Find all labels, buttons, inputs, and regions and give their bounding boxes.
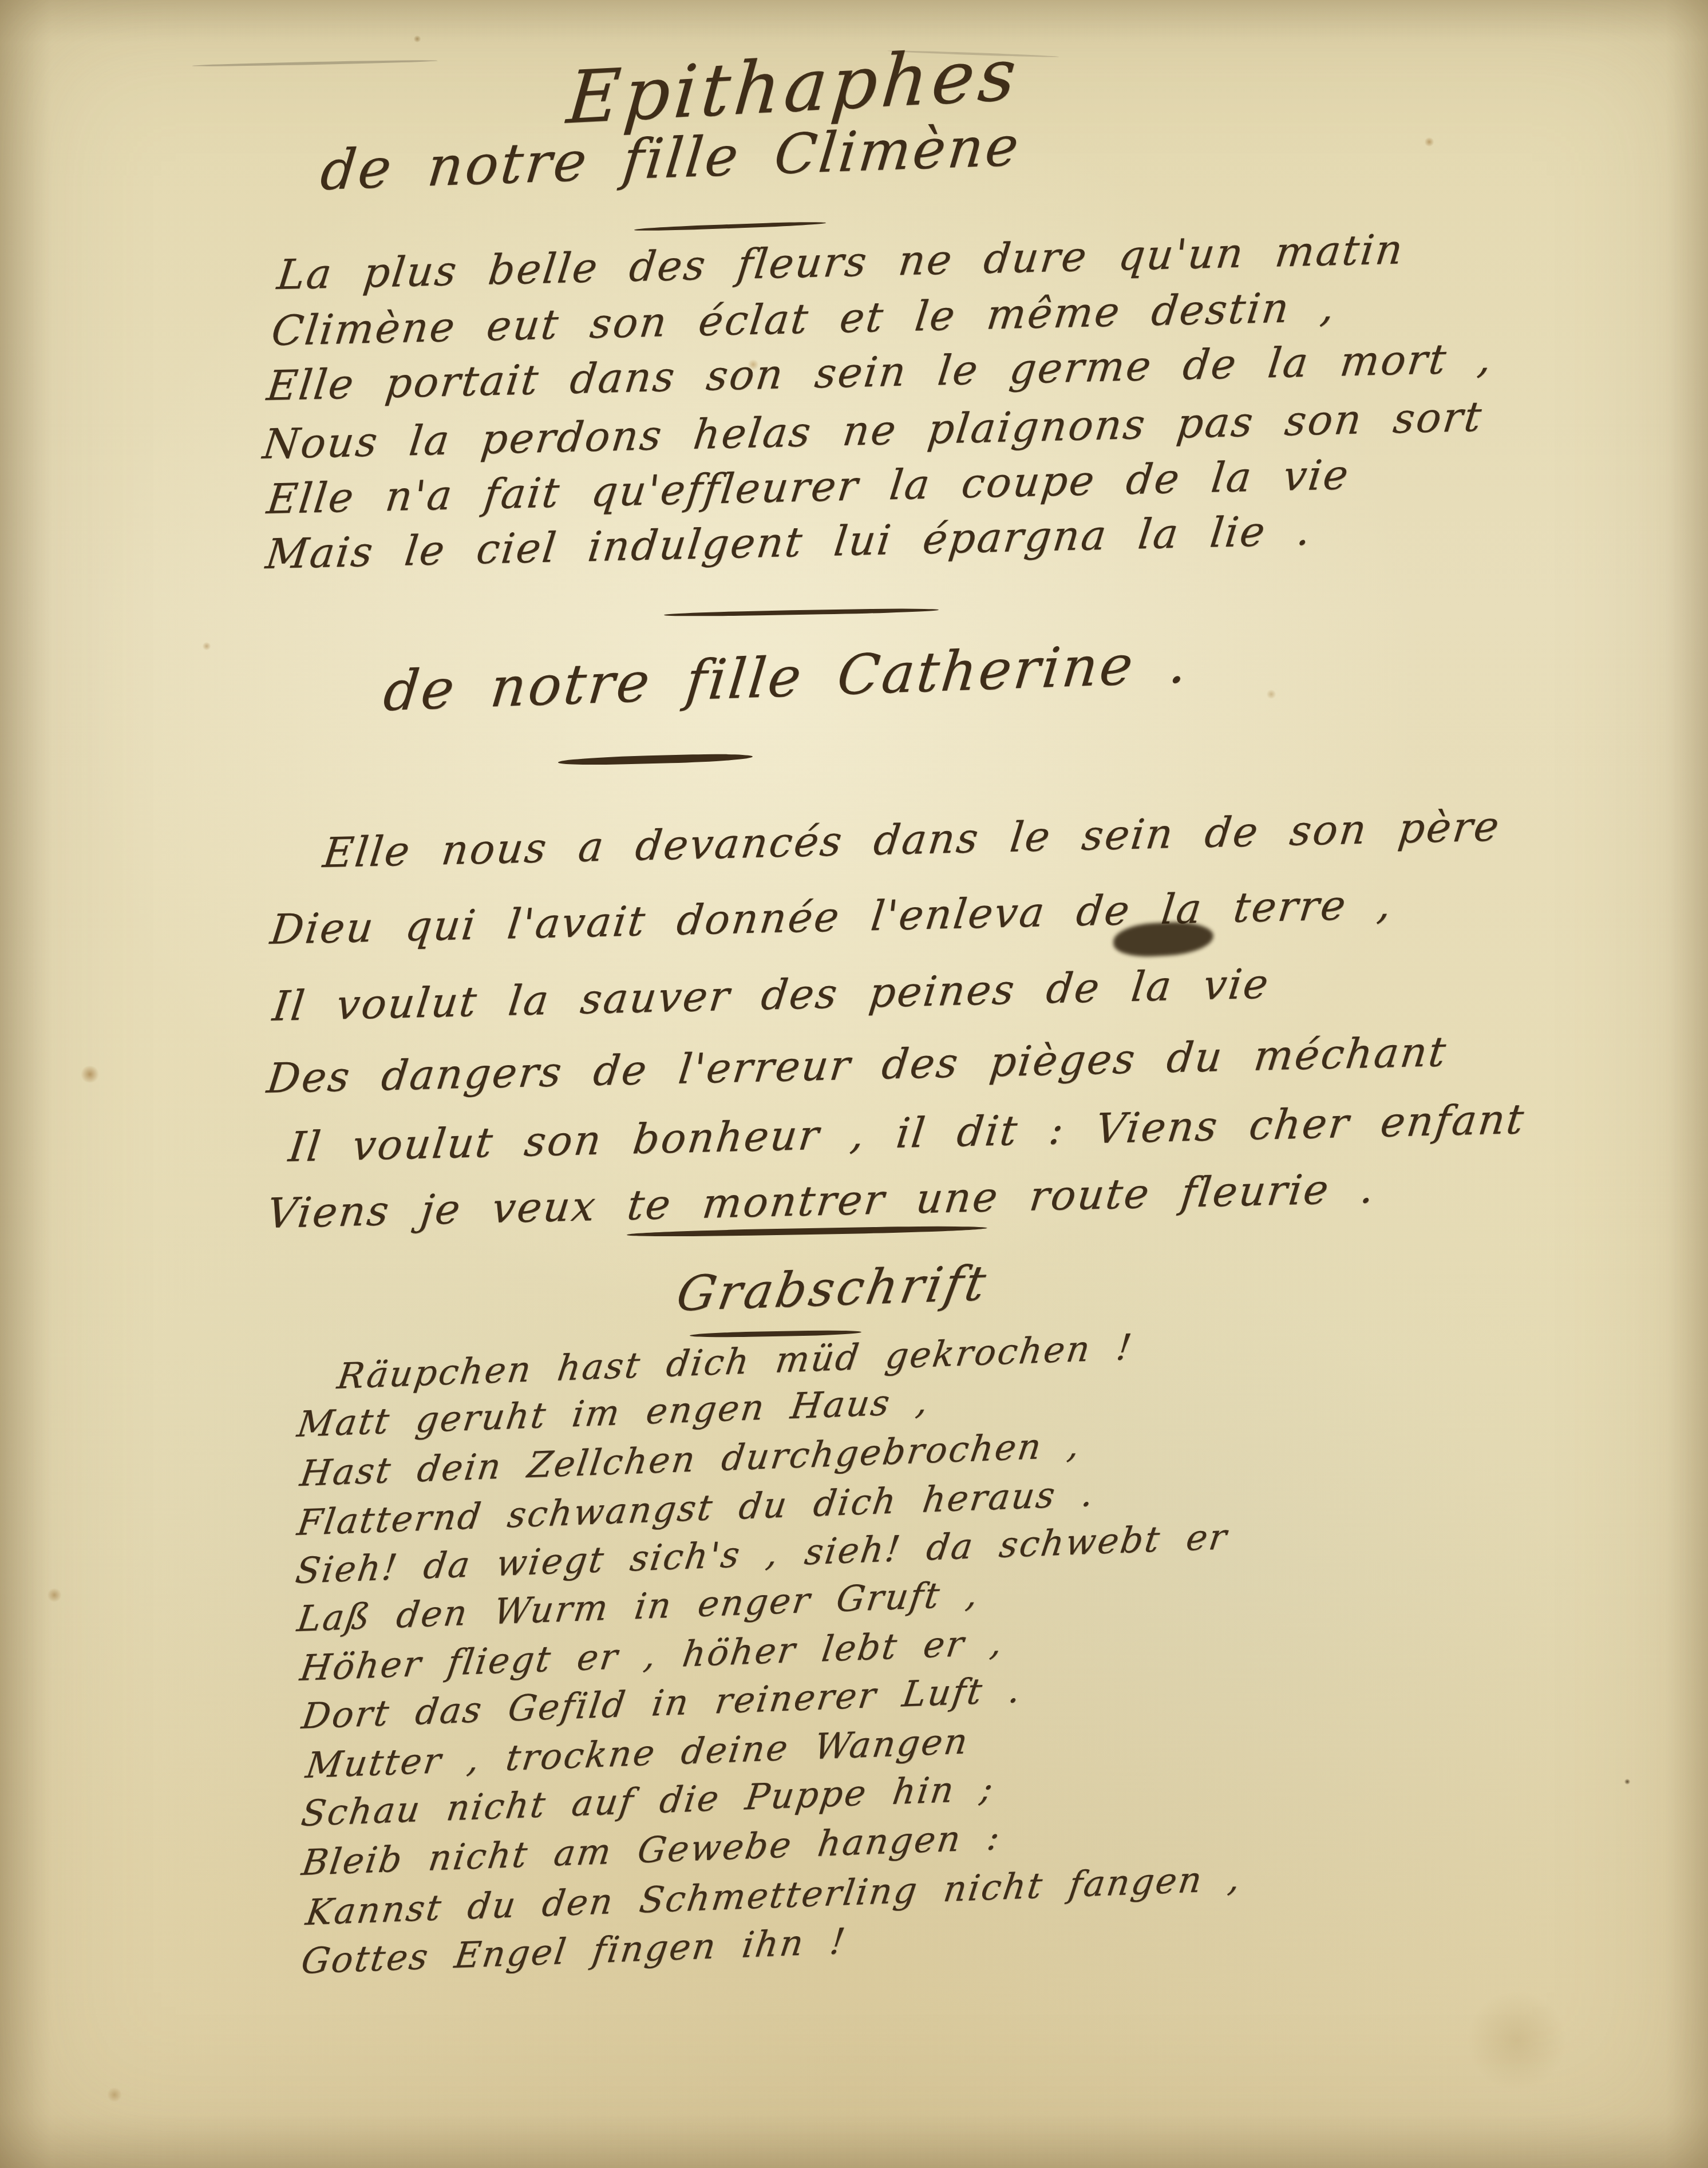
foxing-spot (1424, 137, 1434, 147)
poem-line: Viens je veux te montrer une route fleur… (264, 1164, 1378, 1237)
pencil-scribble (192, 59, 438, 67)
poem-line: Dieu qui l'avait donnée l'enleva de la t… (268, 880, 1395, 954)
foxing-spot (1465, 1992, 1568, 2089)
section-heading: de notre fille Catherine . (381, 631, 1192, 723)
heading-underline (634, 221, 826, 232)
foxing-spot (413, 35, 421, 42)
foxing-spot (47, 1588, 62, 1602)
foxing-spot (1624, 1779, 1630, 1785)
heading-underline (558, 753, 753, 766)
section-heading: de notre fille Climène (318, 114, 1024, 203)
section-divider (664, 608, 939, 617)
manuscript-page: Epithaphes de notre fille Climène La plu… (0, 0, 1708, 2168)
foxing-spot (202, 642, 211, 650)
poem-line: Elle nous a devancés dans le sein de son… (321, 802, 1503, 877)
poem-line: Il voulut la sauver des peines de la vie (270, 959, 1272, 1030)
poem-line: Des dangers de l'erreur des pièges du mé… (264, 1027, 1450, 1102)
section-heading: Grabschrift (673, 1255, 993, 1322)
poem-line: Il voulut son bonheur , il dit : Viens c… (286, 1095, 1528, 1171)
foxing-spot (1266, 690, 1276, 699)
foxing-spot (80, 1066, 100, 1083)
foxing-spot (106, 2088, 122, 2102)
